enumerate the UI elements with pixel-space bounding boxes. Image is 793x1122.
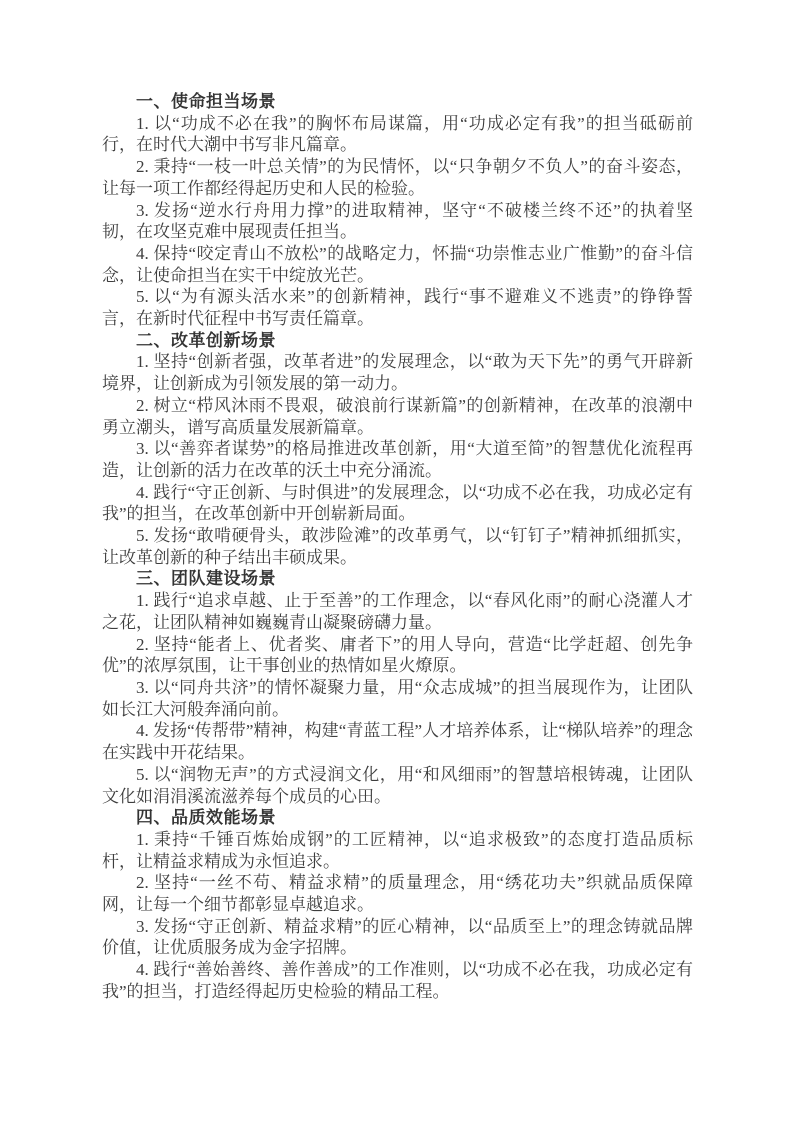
paragraph: 1. 践行“追求卓越、止于至善”的工作理念，以“春风化雨”的耐心浇灌人才之花，让… [102, 590, 693, 633]
section-team: 三、团队建设场景 1. 践行“追求卓越、止于至善”的工作理念，以“春风化雨”的耐… [102, 568, 693, 807]
paragraph: 1. 以“功成不必在我”的胸怀布局谋篇，用“功成必定有我”的担当砥砺前行，在时代… [102, 113, 693, 156]
paragraph: 4. 践行“守正创新、与时俱进”的发展理念，以“功成不必在我，功成必定有我”的担… [102, 482, 693, 525]
section-heading: 三、团队建设场景 [102, 568, 693, 590]
paragraph: 4. 践行“善始善终、善作善成”的工作准则，以“功成不必在我，功成必定有我”的担… [102, 959, 693, 1002]
paragraph: 2. 坚持“能者上、优者奖、庸者下”的用人导向，营造“比学赶超、创先争优”的浓厚… [102, 634, 693, 677]
paragraph: 5. 以“润物无声”的方式浸润文化，用“和风细雨”的智慧培根铸魂，让团队文化如涓… [102, 764, 693, 807]
section-heading: 四、品质效能场景 [102, 807, 693, 829]
paragraph: 3. 发扬“逆水行舟用力撑”的进取精神，坚守“不破楼兰终不还”的执着坚韧，在攻坚… [102, 200, 693, 243]
paragraph: 2. 秉持“一枝一叶总关情”的为民情怀，以“只争朝夕不负人”的奋斗姿态，让每一项… [102, 156, 693, 199]
paragraph: 3. 以“善弈者谋势”的格局推进改革创新，用“大道至简”的智慧优化流程再造，让创… [102, 438, 693, 481]
paragraph: 2. 坚持“一丝不苟、精益求精”的质量理念，用“绣花功夫”织就品质保障网，让每一… [102, 872, 693, 915]
paragraph: 3. 以“同舟共济”的情怀凝聚力量，用“众志成城”的担当展现作为，让团队如长江大… [102, 677, 693, 720]
paragraph: 3. 发扬“守正创新、精益求精”的匠心精神，以“品质至上”的理念铸就品牌价值，让… [102, 916, 693, 959]
paragraph: 4. 发扬“传帮带”精神，构建“青蓝工程”人才培养体系，让“梯队培养”的理念在实… [102, 720, 693, 763]
paragraph: 5. 以“为有源头活水来”的创新精神，践行“事不避难义不逃责”的铮铮誓言，在新时… [102, 286, 693, 329]
section-quality: 四、品质效能场景 1. 秉持“千锤百炼始成钢”的工匠精神，以“追求极致”的态度打… [102, 807, 693, 1002]
paragraph: 1. 秉持“千锤百炼始成钢”的工匠精神，以“追求极致”的态度打造品质标杆，让精益… [102, 829, 693, 872]
section-mission: 一、使命担当场景 1. 以“功成不必在我”的胸怀布局谋篇，用“功成必定有我”的担… [102, 91, 693, 330]
section-heading: 二、改革创新场景 [102, 330, 693, 352]
paragraph: 4. 保持“咬定青山不放松”的战略定力，怀揣“功崇惟志业广惟勤”的奋斗信念，让使… [102, 243, 693, 286]
document-page: 一、使命担当场景 1. 以“功成不必在我”的胸怀布局谋篇，用“功成必定有我”的担… [0, 0, 793, 1122]
paragraph: 2. 树立“栉风沐雨不畏艰，破浪前行谋新篇”的创新精神，在改革的浪潮中勇立潮头，… [102, 395, 693, 438]
section-reform: 二、改革创新场景 1. 坚持“创新者强，改革者进”的发展理念，以“敢为天下先”的… [102, 330, 693, 569]
section-heading: 一、使命担当场景 [102, 91, 693, 113]
paragraph: 1. 坚持“创新者强，改革者进”的发展理念，以“敢为天下先”的勇气开辟新境界，让… [102, 351, 693, 394]
paragraph: 5. 发扬“敢啃硬骨头，敢涉险滩”的改革勇气，以“钉钉子”精神抓细抓实，让改革创… [102, 525, 693, 568]
